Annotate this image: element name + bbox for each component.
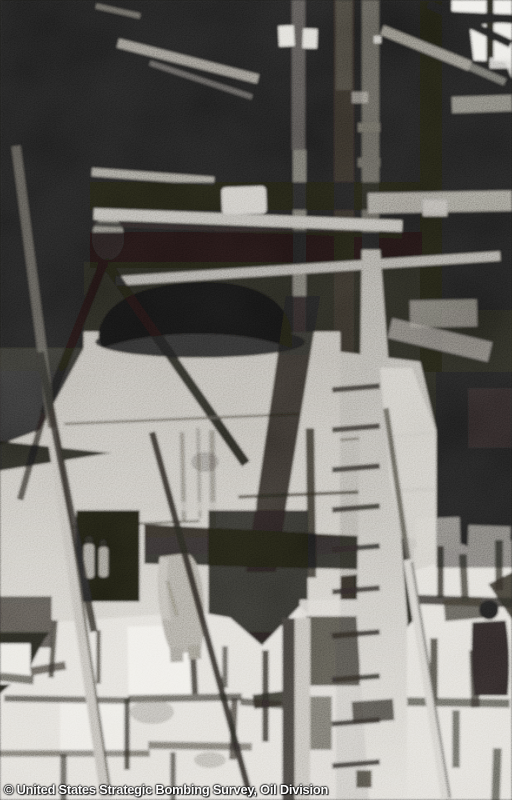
photo-caption: © United States Strategic Bombing Survey… xyxy=(4,782,328,797)
photograph: © United States Strategic Bombing Survey… xyxy=(0,0,512,800)
photo-canvas xyxy=(0,0,512,800)
exposure-blotch-overlay xyxy=(0,0,512,800)
